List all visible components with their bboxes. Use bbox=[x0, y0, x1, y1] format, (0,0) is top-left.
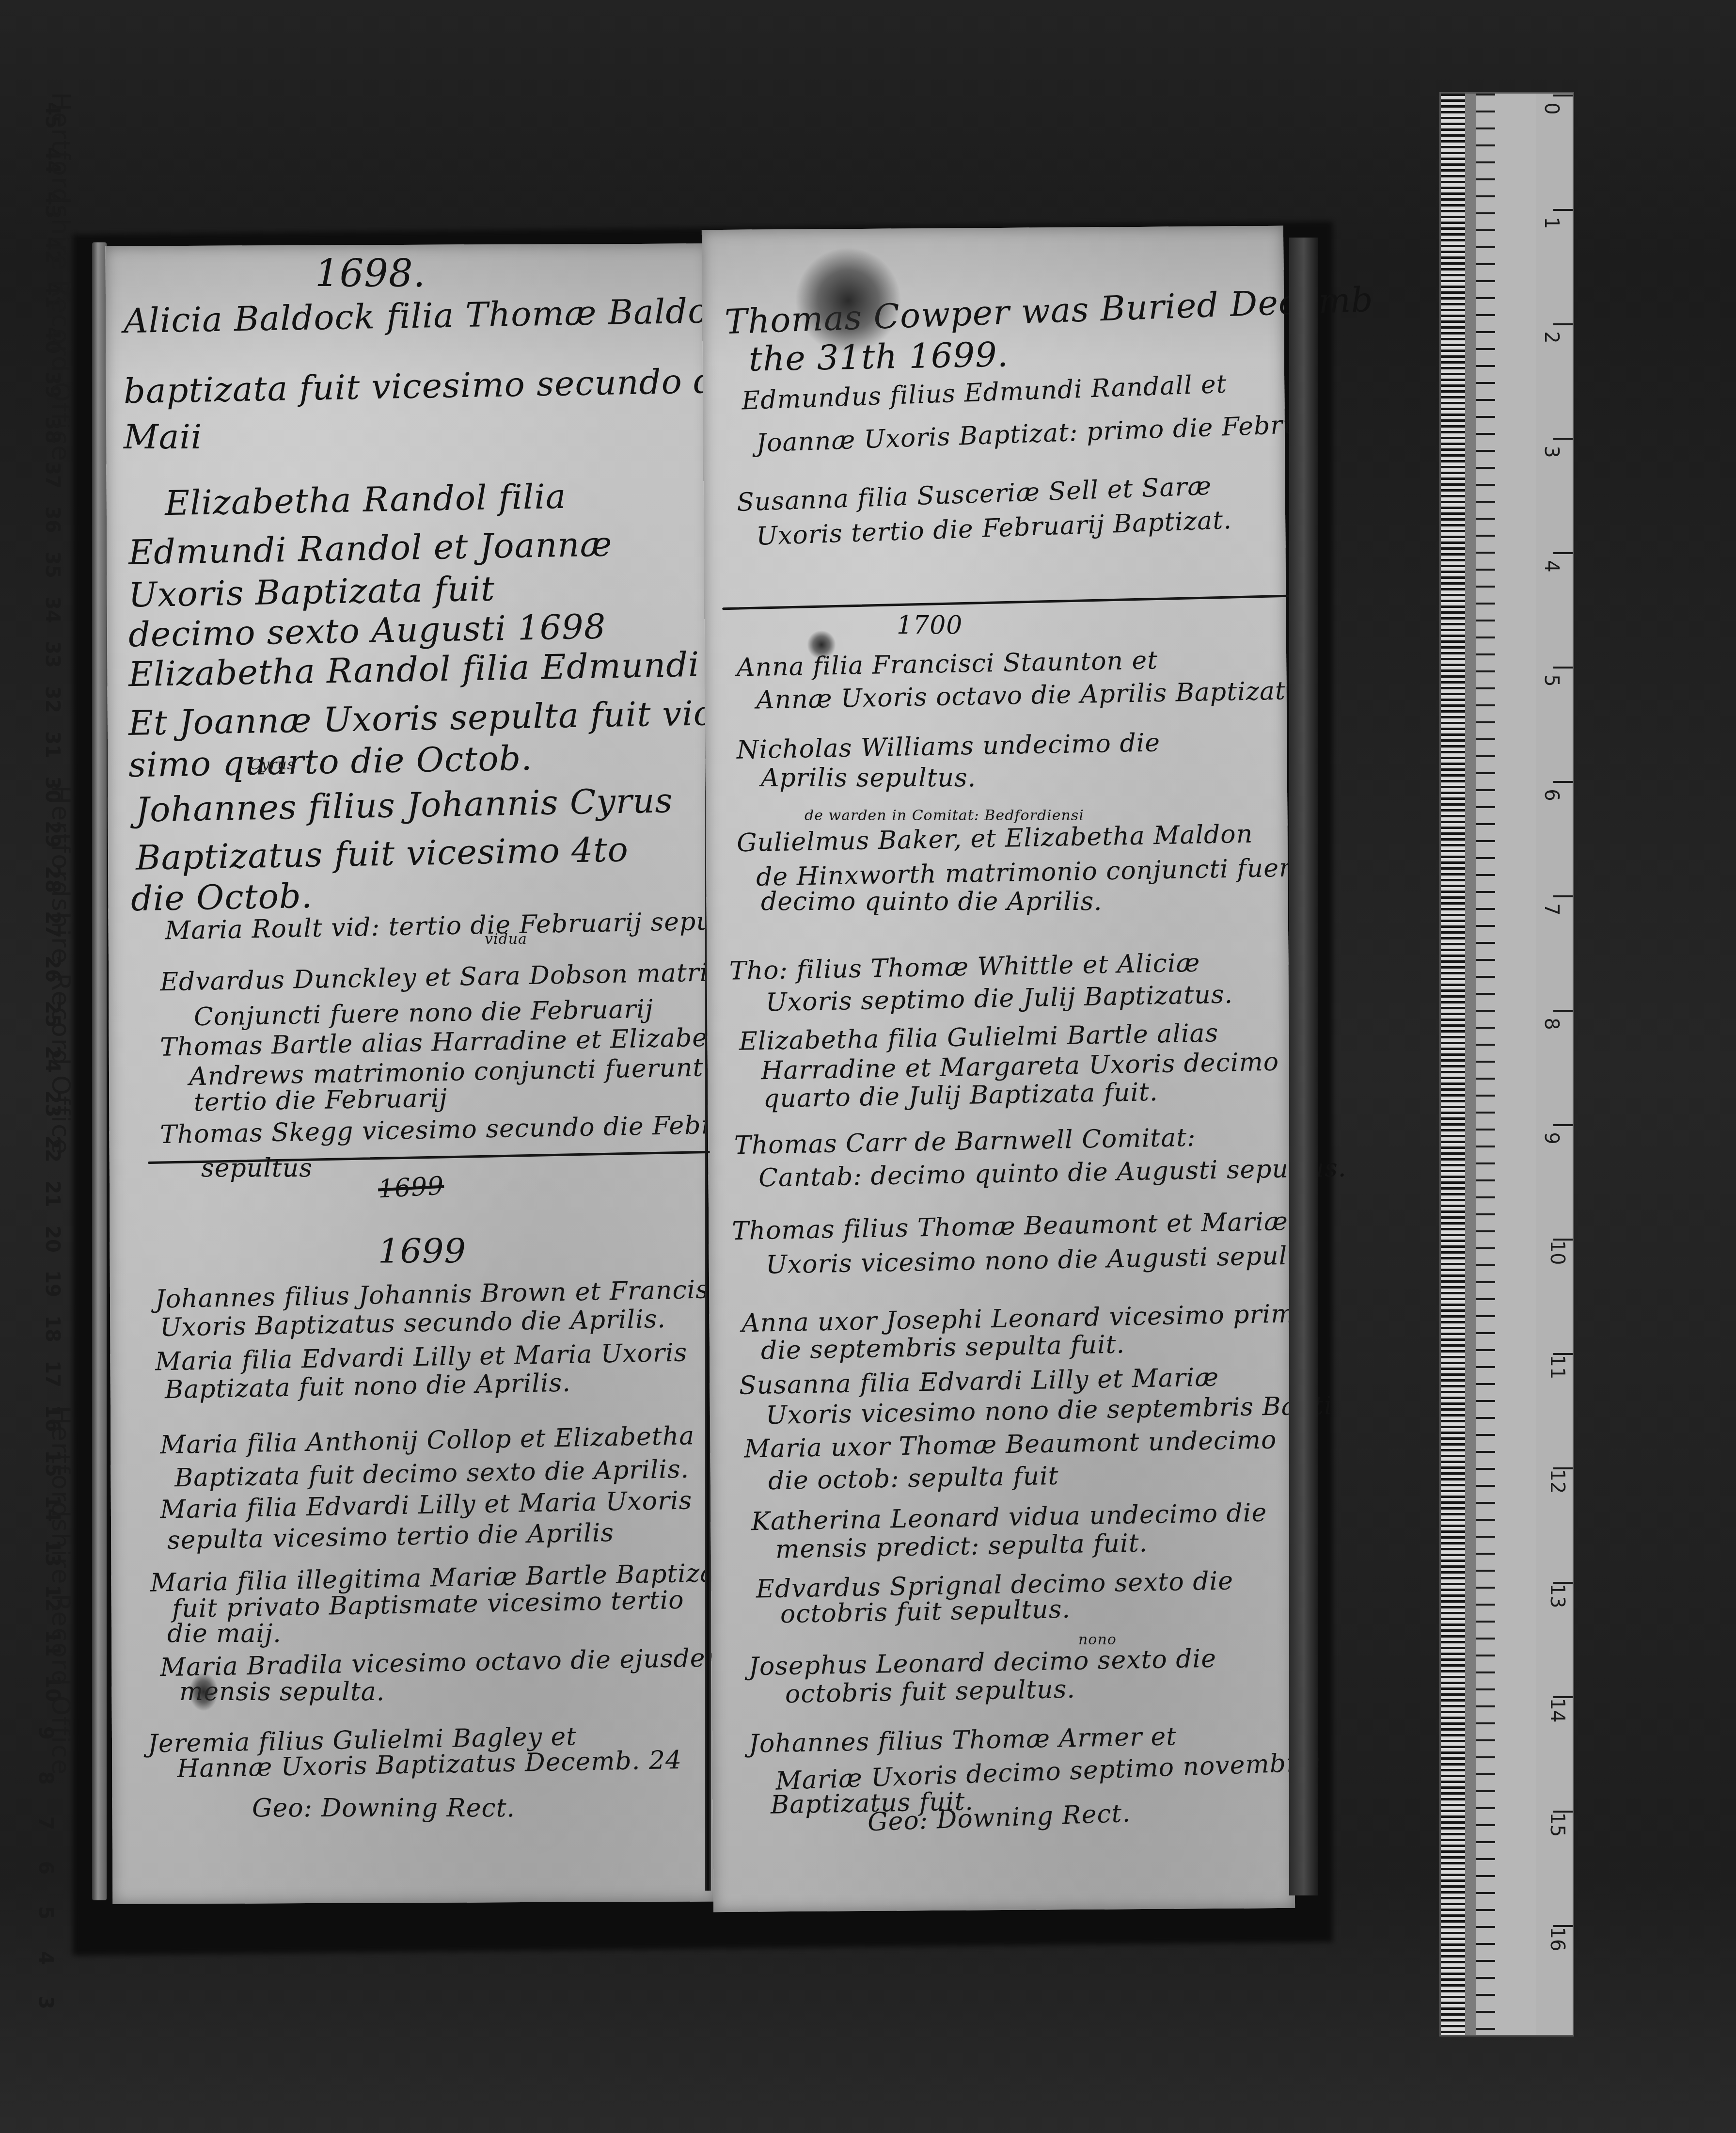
rector-signature: Geo: Downing Rect. bbox=[252, 1794, 515, 1823]
ruler-inch-label: 9 bbox=[1540, 1132, 1562, 1144]
ruler-cm-label: 5 bbox=[34, 1906, 57, 1920]
ruler-cm-label: 32 bbox=[41, 686, 63, 713]
ruler-inch-tick bbox=[1553, 667, 1573, 669]
ruler-inch-tick bbox=[1553, 781, 1573, 783]
ink-stain bbox=[795, 247, 901, 354]
ruler-inch-label: 7 bbox=[1540, 903, 1562, 915]
page-block-edge bbox=[1289, 238, 1318, 1895]
book-cover-edge bbox=[92, 242, 107, 1900]
ruler-inch-label: 10 bbox=[1546, 1241, 1568, 1265]
ruler-inch-label: 16 bbox=[1546, 1927, 1568, 1952]
register-entry-line: de warden in Comitat: Bedfordiensi bbox=[805, 807, 1084, 824]
ruler-cm-label: 20 bbox=[41, 1226, 63, 1253]
ruler-cm-label: 18 bbox=[41, 1315, 63, 1342]
ruler-cm-label: 4 bbox=[34, 1951, 57, 1965]
ruler-inch-label: 4 bbox=[1540, 560, 1562, 572]
ruler-brand-label: Hertfordshire Record Office bbox=[46, 92, 75, 462]
register-entry-line: die maij. bbox=[167, 1619, 282, 1648]
ruler-inch-label: 14 bbox=[1546, 1698, 1568, 1723]
register-entry-line: octobris fuit sepultus. bbox=[785, 1675, 1076, 1709]
year-heading: 1699 bbox=[378, 1231, 466, 1271]
ruler-inch-label: 13 bbox=[1546, 1584, 1568, 1608]
register-entry-line: Cyrus bbox=[250, 756, 295, 773]
ruler-inch-label: 6 bbox=[1540, 789, 1562, 801]
ruler-inch-scale bbox=[1536, 92, 1574, 2037]
ruler-inch-label: 15 bbox=[1546, 1813, 1568, 1837]
ink-blot bbox=[189, 1672, 218, 1711]
ruler-inch-label: 5 bbox=[1540, 674, 1562, 686]
ruler-cm-label: 34 bbox=[41, 596, 63, 623]
ruler-inch-tick bbox=[1553, 323, 1573, 325]
register-entry-line: Uxoris Baptizata fuit bbox=[128, 569, 495, 615]
ruler-cm-label: 3 bbox=[34, 1996, 57, 2009]
ruler-inch-tick bbox=[1553, 95, 1573, 96]
register-entry-line: die octob: sepulta fuit bbox=[768, 1462, 1059, 1496]
register-entry-line: Elizabetha Randol filia bbox=[164, 477, 567, 523]
ruler-inch-tick bbox=[1553, 438, 1573, 440]
ruler-mm-scale bbox=[1441, 94, 1465, 2035]
ruler-inch-label: 8 bbox=[1540, 1018, 1562, 1030]
register-entry-line: vidua bbox=[485, 931, 527, 948]
ruler-cm-label: 35 bbox=[41, 551, 63, 578]
register-entry-line: simo quarto die Octob. bbox=[128, 738, 533, 785]
ruler-inch-label: 2 bbox=[1540, 331, 1562, 343]
ruler-cm-label: 6 bbox=[34, 1861, 57, 1875]
ruler-cm-label: 19 bbox=[41, 1270, 63, 1297]
ruler-inch-tick bbox=[1553, 1124, 1573, 1126]
ruler-cm-label: 36 bbox=[41, 506, 63, 533]
struck-year-heading: 1699 bbox=[378, 1171, 445, 1204]
register-entry-line: Maii bbox=[124, 417, 202, 457]
ruler-cm-ticks bbox=[1476, 94, 1495, 2035]
ruler-inch-tick bbox=[1553, 895, 1573, 897]
ruler-inch-label: 1 bbox=[1540, 217, 1562, 229]
year-heading: 1698. bbox=[315, 252, 426, 296]
ruler-inch-tick bbox=[1553, 1010, 1573, 1012]
ruler-inch-tick bbox=[1553, 209, 1573, 211]
ruler-cm-label: 7 bbox=[34, 1816, 57, 1830]
ruler-cm-label: 31 bbox=[41, 731, 63, 758]
ruler-cm-label: 33 bbox=[41, 641, 63, 669]
register-entry-line: die Octob. bbox=[130, 876, 313, 919]
ruler-cm-label: 21 bbox=[41, 1180, 63, 1208]
register-entry-line: Aprilis sepultus. bbox=[761, 764, 976, 793]
ruler-cm-label: 37 bbox=[41, 462, 63, 489]
ruler-cm-label: 17 bbox=[41, 1360, 63, 1387]
ruler-inch-label: 3 bbox=[1540, 446, 1562, 458]
ruler-inch-label: 11 bbox=[1546, 1355, 1568, 1380]
register-entry-line: sepultus bbox=[201, 1154, 313, 1183]
ruler-brand-label: Hertfordshire Record Office bbox=[46, 1406, 75, 1775]
year-heading: 1700 bbox=[897, 611, 963, 640]
measuring-ruler bbox=[1439, 92, 1539, 2037]
register-entry-line: octobris fuit sepultus. bbox=[780, 1595, 1071, 1629]
ruler-inch-tick bbox=[1553, 552, 1573, 554]
ruler-inch-label: 0 bbox=[1540, 102, 1562, 114]
register-entry-line: decimo quinto die Aprilis. bbox=[761, 887, 1103, 916]
ruler-inch-label: 12 bbox=[1546, 1469, 1568, 1494]
register-entry-line: tertio die Februarij bbox=[194, 1083, 448, 1117]
ruler-brand-label: Hertfordshire Record Office bbox=[46, 785, 75, 1155]
ink-blot bbox=[807, 630, 836, 659]
ruler-band bbox=[1465, 94, 1476, 2035]
register-entry-line: Edmundi Randol et Joannæ bbox=[128, 524, 613, 572]
